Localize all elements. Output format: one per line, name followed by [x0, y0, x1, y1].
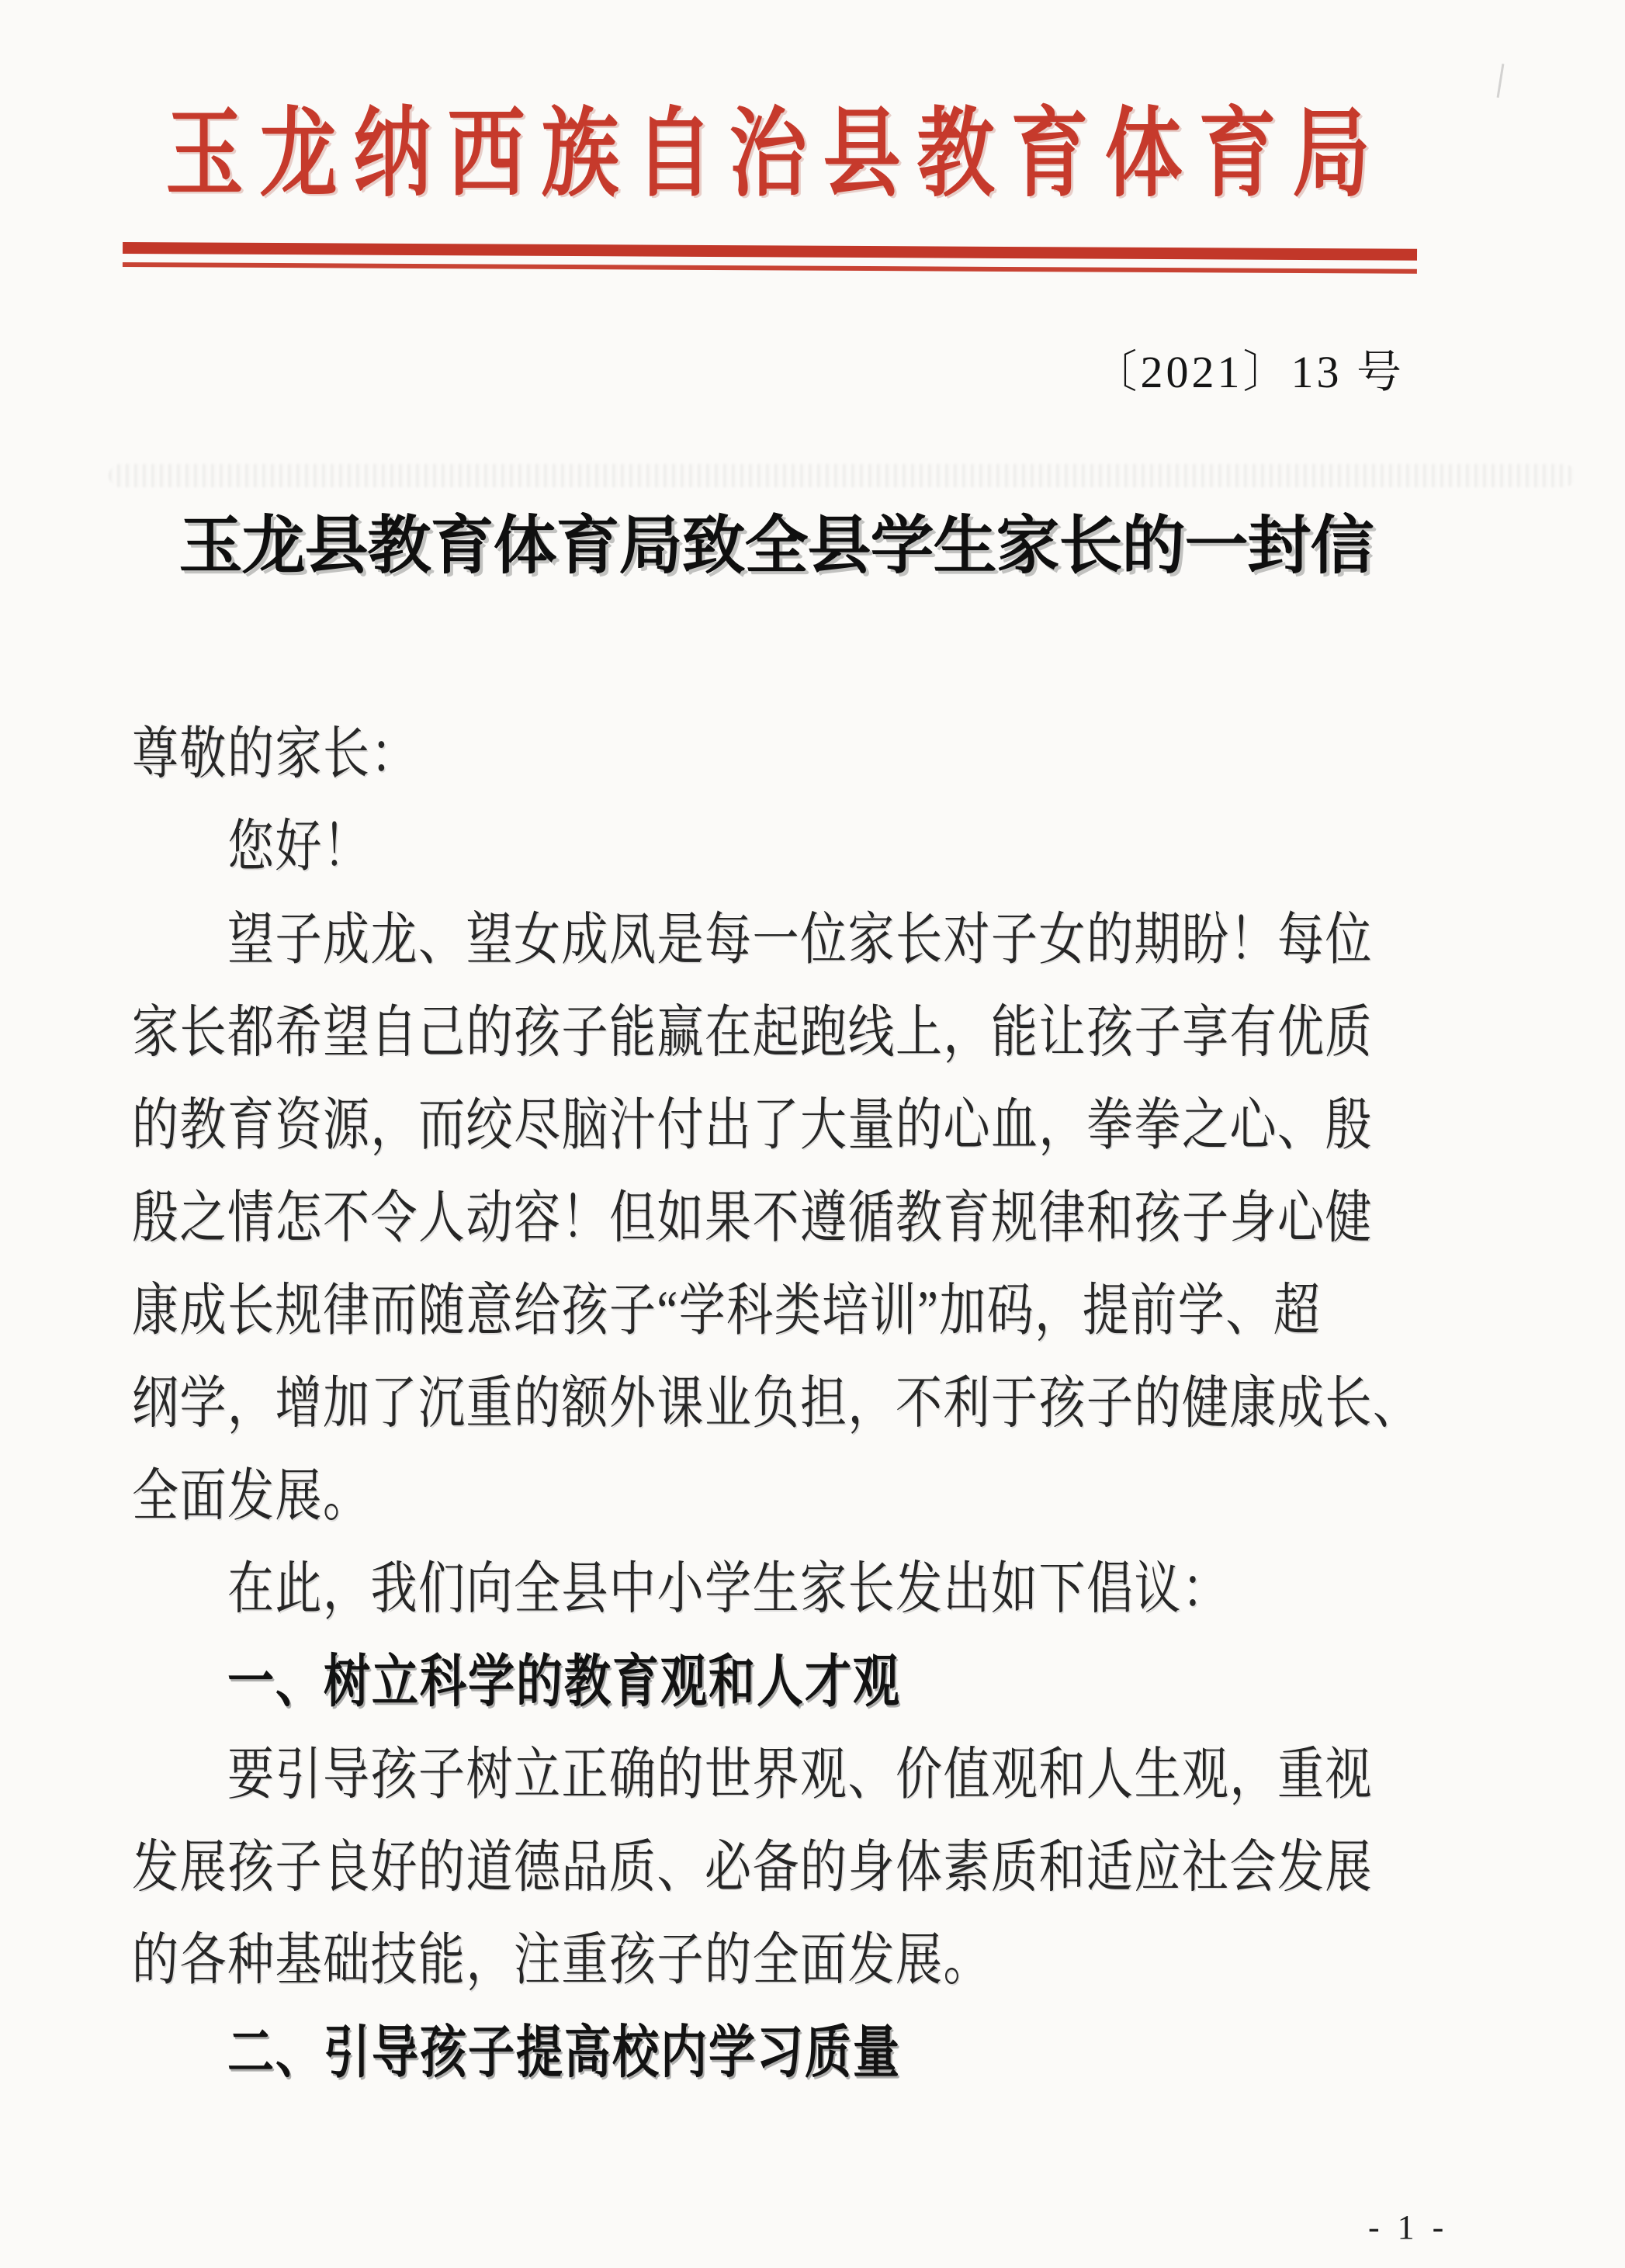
body-line: 发展孩子良好的道德品质、必备的身体素质和适应社会发展: [132, 1821, 1420, 1914]
body-line: 在此，我们向全县中小学生家长发出如下倡议：: [132, 1543, 1420, 1636]
body-line: 殷之情怎不令人动容！但如果不遵循教育规律和孩子身心健: [132, 1172, 1420, 1265]
letterhead-agency-name: 玉龙纳西族自治县教育体育局: [132, 106, 1420, 203]
body-line: 尊敬的家长：: [132, 708, 1420, 801]
document-title: 玉龙县教育体育局致全县学生家长的一封信: [132, 511, 1420, 581]
section-heading: 一、树立科学的教育观和人才观: [132, 1636, 1420, 1729]
body-line: 康成长规律而随意给孩子“学科类培训”加码，提前学、超: [132, 1264, 1420, 1357]
scan-artifact-smudge-band: [109, 464, 1575, 487]
body-line: 家长都希望自己的孩子能赢在起跑线上，能让孩子享有优质: [132, 986, 1420, 1079]
divider-rule-thin: [123, 262, 1417, 274]
page-number: - 1 -: [1368, 2208, 1448, 2247]
body-line: 的各种基础技能，注重孩子的全面发展。: [132, 1913, 1420, 2007]
letterhead-divider: [123, 242, 1417, 277]
scan-artifact-corner-mark: [1497, 64, 1505, 98]
body-line: 要引导孩子树立正确的世界观、价值观和人生观，重视: [132, 1728, 1420, 1821]
document-number: 〔2021〕13 号: [1092, 345, 1405, 400]
body-text: 尊敬的家长：您好！望子成龙、望女成凤是每一位家长对子女的期盼！每位家长都希望自己…: [132, 708, 1420, 2099]
body-line: 您好！: [132, 801, 1420, 894]
divider-rule-thick: [123, 242, 1417, 261]
body-line: 全面发展。: [132, 1449, 1420, 1543]
body-line: 的教育资源，而绞尽脑汁付出了大量的心血，拳拳之心、殷: [132, 1079, 1420, 1172]
body-line: 纲学，增加了沉重的额外课业负担，不利于孩子的健康成长、: [132, 1357, 1420, 1450]
body-line: 望子成龙、望女成凤是每一位家长对子女的期盼！每位: [132, 893, 1420, 986]
scanned-document-page: 玉龙纳西族自治县教育体育局 玉龙县教育体育局致全县学生家长的一封信 尊敬的家长：…: [0, 0, 1625, 2268]
section-heading: 二、引导孩子提高校内学习质量: [132, 2007, 1420, 2100]
